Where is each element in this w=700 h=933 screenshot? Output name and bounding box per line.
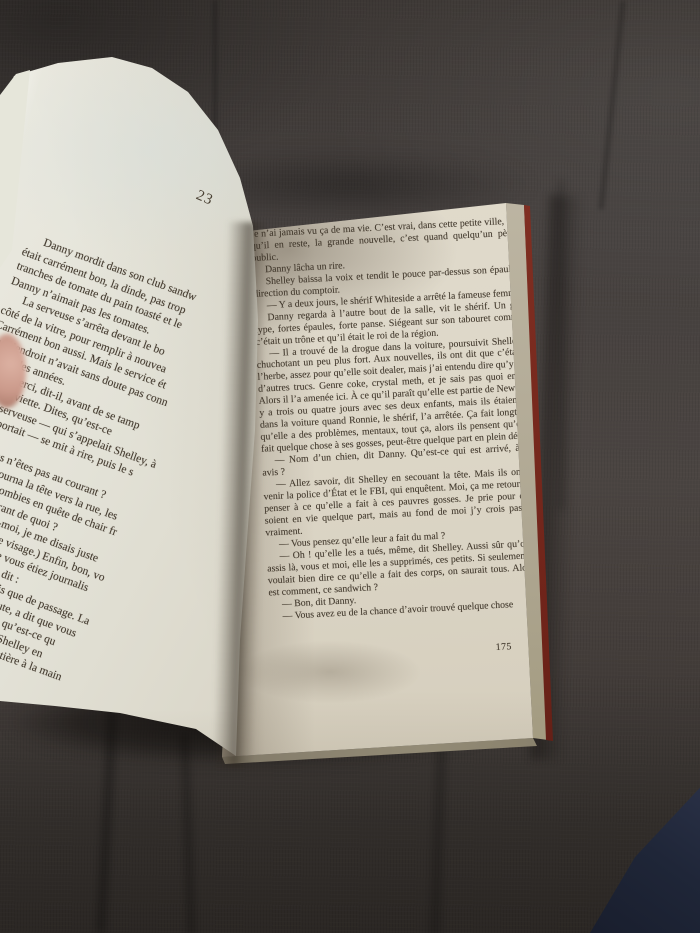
page-number: 175 (240, 641, 518, 667)
paragraph: — Il a trouvé de la drogue dans la voitu… (256, 334, 539, 456)
chapter-heading: 23 (193, 187, 215, 209)
photo-scene: Je n’ai jamais vu ça de ma vie. C’est vr… (0, 0, 700, 933)
right-page-text: Je n’ai jamais vu ça de ma vie. C’est vr… (250, 215, 548, 623)
page-number-row: 175 (240, 641, 518, 667)
